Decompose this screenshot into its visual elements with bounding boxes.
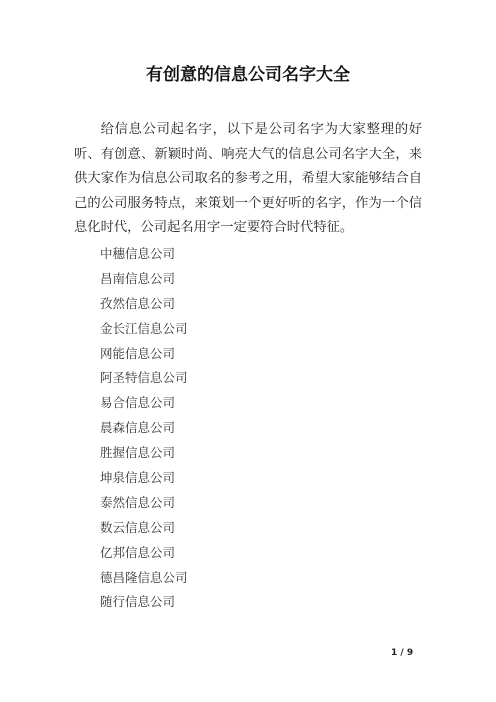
list-item: 胜握信息公司 bbox=[100, 441, 188, 466]
document-page: 有创意的信息公司名字大全 给信息公司起名字，以下是公司名字为大家整理的好听、有创… bbox=[0, 0, 496, 702]
page-number: 1 / 9 bbox=[391, 648, 413, 658]
list-item: 坤泉信息公司 bbox=[100, 466, 188, 491]
list-item: 易合信息公司 bbox=[100, 391, 188, 416]
list-item: 晨森信息公司 bbox=[100, 416, 188, 441]
company-name-list: 中穗信息公司 昌南信息公司 孜然信息公司 金长江信息公司 网能信息公司 阿圣特信… bbox=[100, 242, 188, 615]
intro-paragraph: 给信息公司起名字，以下是公司名字为大家整理的好听、有创意、新颖时尚、响亮大气的信… bbox=[74, 118, 422, 241]
list-item: 昌南信息公司 bbox=[100, 267, 188, 292]
list-item: 德昌隆信息公司 bbox=[100, 566, 188, 591]
list-item: 随行信息公司 bbox=[100, 590, 188, 615]
list-item: 数云信息公司 bbox=[100, 516, 188, 541]
list-item: 孜然信息公司 bbox=[100, 292, 188, 317]
list-item: 泰然信息公司 bbox=[100, 491, 188, 516]
document-title: 有创意的信息公司名字大全 bbox=[0, 62, 496, 88]
list-item: 亿邦信息公司 bbox=[100, 541, 188, 566]
list-item: 网能信息公司 bbox=[100, 342, 188, 367]
list-item: 中穗信息公司 bbox=[100, 242, 188, 267]
list-item: 阿圣特信息公司 bbox=[100, 366, 188, 391]
list-item: 金长江信息公司 bbox=[100, 317, 188, 342]
